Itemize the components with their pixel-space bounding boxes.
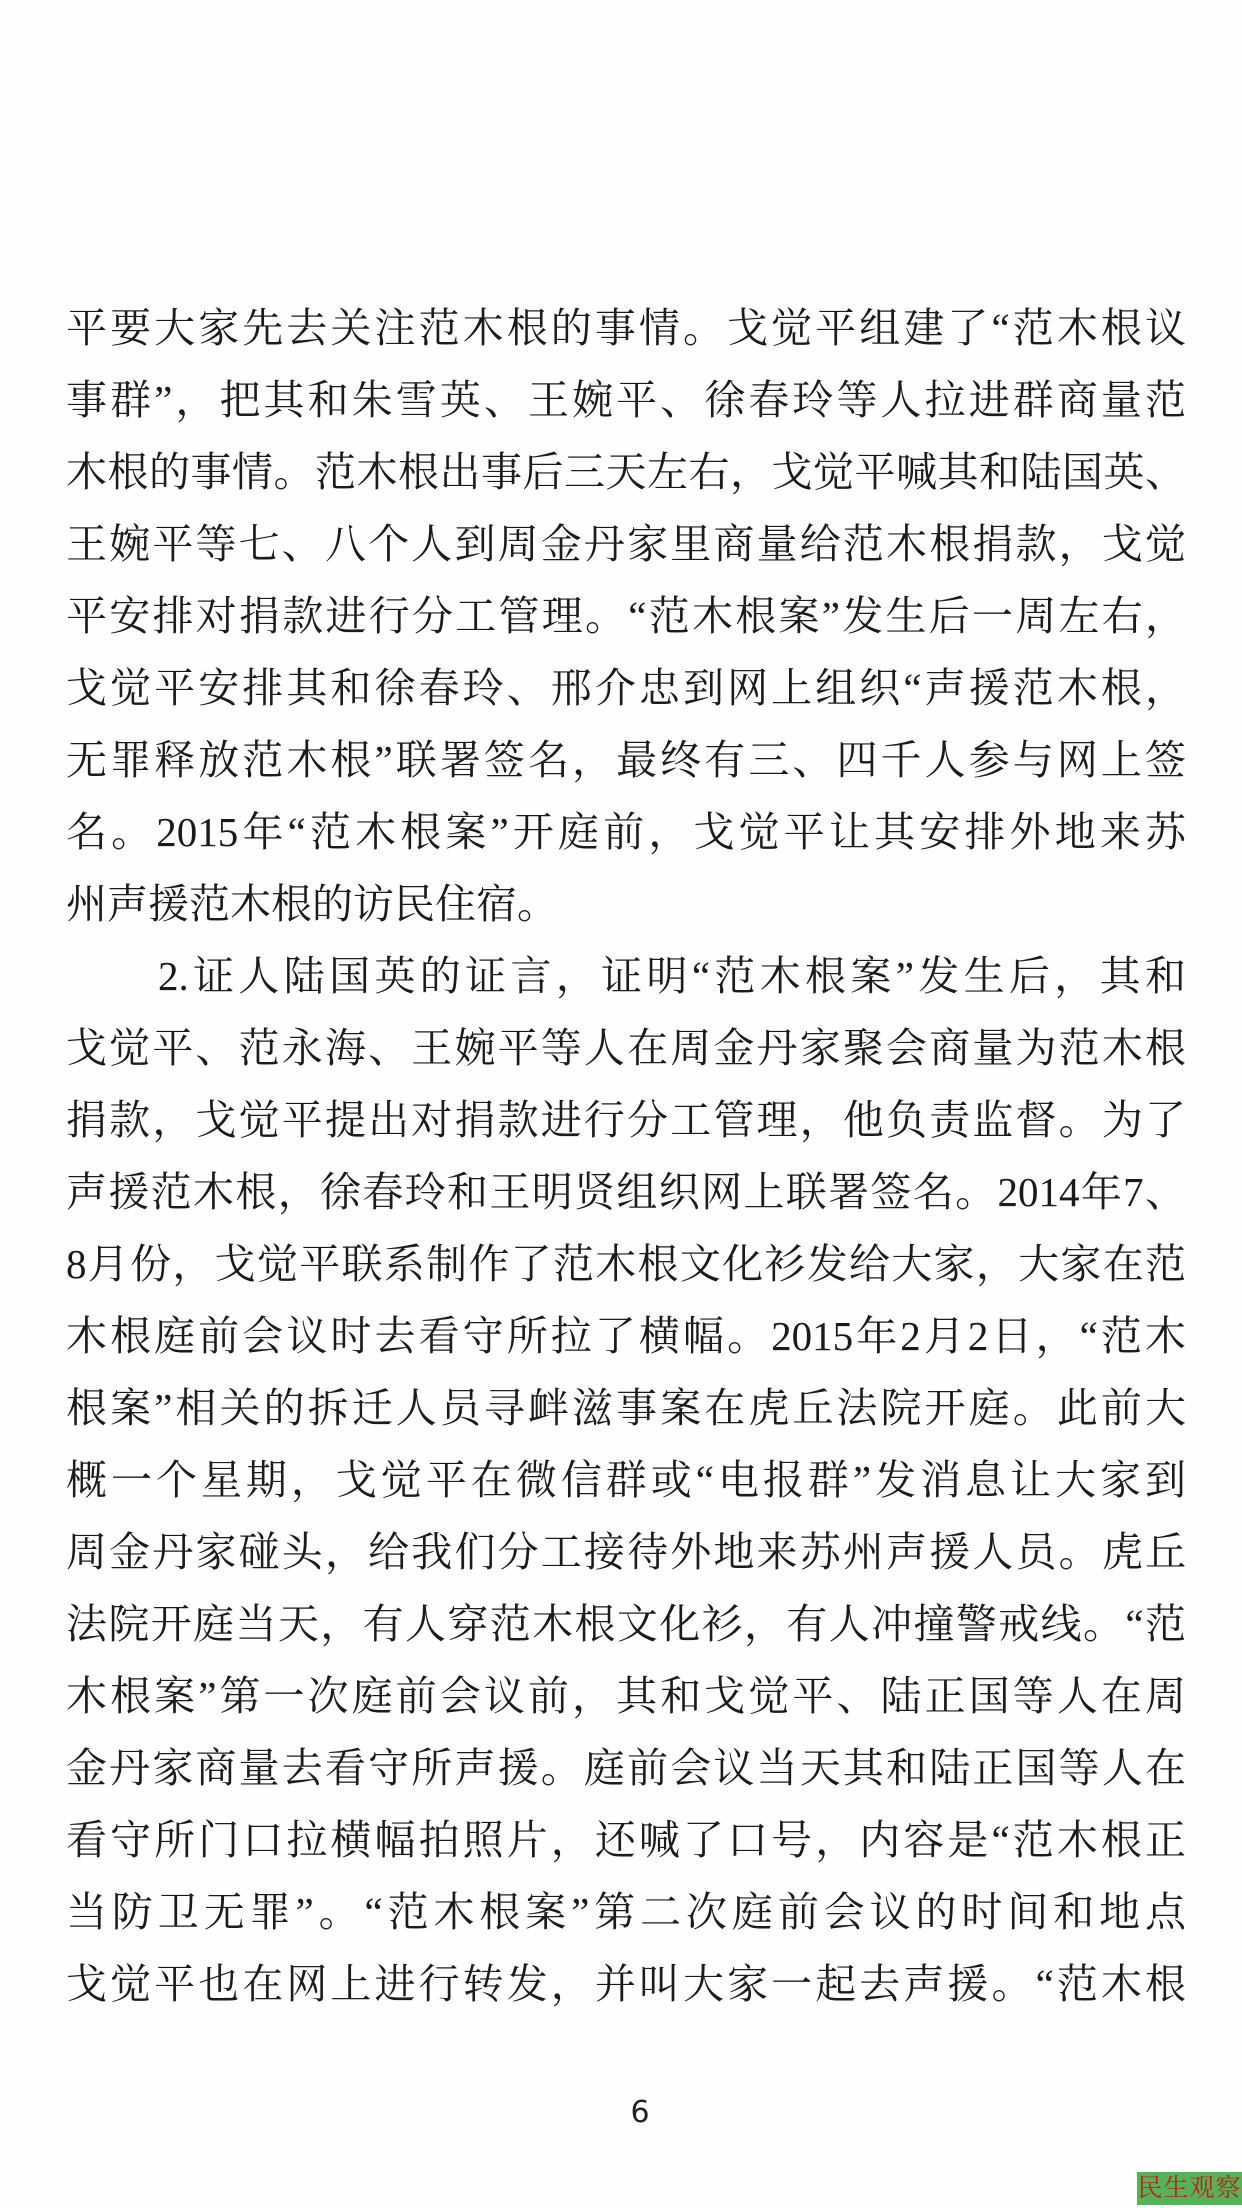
- text-line: 8月份，戈觉平联系制作了范木根文化衫发给大家，大家在范: [66, 1228, 1186, 1300]
- text-line: 名。2015年“范木根案”开庭前，戈觉平让其安排外地来苏: [66, 796, 1186, 868]
- watermark-badge: 民生观察: [1137, 2172, 1242, 2205]
- text-line: 木根庭前会议时去看守所拉了横幅。2015年2月2日，“范木: [66, 1300, 1186, 1372]
- text-line: 无罪释放范木根”联署签名，最终有三、四千人参与网上签: [66, 724, 1186, 796]
- text-line: 声援范木根，徐春玲和王明贤组织网上联署签名。2014年7、: [66, 1156, 1186, 1228]
- text-line: 根案”相关的拆迁人员寻衅滋事案在虎丘法院开庭。此前大: [66, 1372, 1186, 1444]
- text-line: 平安排对捐款进行分工管理。“范木根案”发生后一周左右，: [66, 580, 1186, 652]
- text-line: 戈觉平也在网上进行转发，并叫大家一起去声援。“范木根: [66, 1948, 1186, 2020]
- text-line: 戈觉平安排其和徐春玲、邢介忠到网上组织“声援范木根，: [66, 652, 1186, 724]
- document-page: 平要大家先去关注范木根的事情。戈觉平组建了“范木根议 事群”，把其和朱雪英、王婉…: [0, 0, 1242, 2208]
- page-number: 6: [600, 2096, 680, 2130]
- text-line: 看守所门口拉横幅拍照片，还喊了口号，内容是“范木根正: [66, 1804, 1186, 1876]
- text-line: 木根的事情。范木根出事后三天左右，戈觉平喊其和陆国英、: [66, 436, 1186, 508]
- text-line: 金丹家商量去看守所声援。庭前会议当天其和陆正国等人在: [66, 1732, 1186, 1804]
- text-line: 捐款，戈觉平提出对捐款进行分工管理，他负责监督。为了: [66, 1084, 1186, 1156]
- text-line: 木根案”第一次庭前会议前，其和戈觉平、陆正国等人在周: [66, 1660, 1186, 1732]
- text-line: 2.证人陆国英的证言，证明“范木根案”发生后，其和: [66, 940, 1186, 1012]
- text-line: 周金丹家碰头，给我们分工接待外地来苏州声援人员。虎丘: [66, 1516, 1186, 1588]
- text-line: 事群”，把其和朱雪英、王婉平、徐春玲等人拉进群商量范: [66, 364, 1186, 436]
- text-line: 戈觉平、范永海、王婉平等人在周金丹家聚会商量为范木根: [66, 1012, 1186, 1084]
- text-line: 平要大家先去关注范木根的事情。戈觉平组建了“范木根议: [66, 292, 1186, 364]
- text-line: 州声援范木根的访民住宿。: [66, 868, 1186, 940]
- text-line: 王婉平等七、八个人到周金丹家里商量给范木根捐款，戈觉: [66, 508, 1186, 580]
- text-line: 当防卫无罪”。“范木根案”第二次庭前会议的时间和地点: [66, 1876, 1186, 1948]
- text-line: 法院开庭当天，有人穿范木根文化衫，有人冲撞警戒线。“范: [66, 1588, 1186, 1660]
- text-line: 概一个星期，戈觉平在微信群或“电报群”发消息让大家到: [66, 1444, 1186, 1516]
